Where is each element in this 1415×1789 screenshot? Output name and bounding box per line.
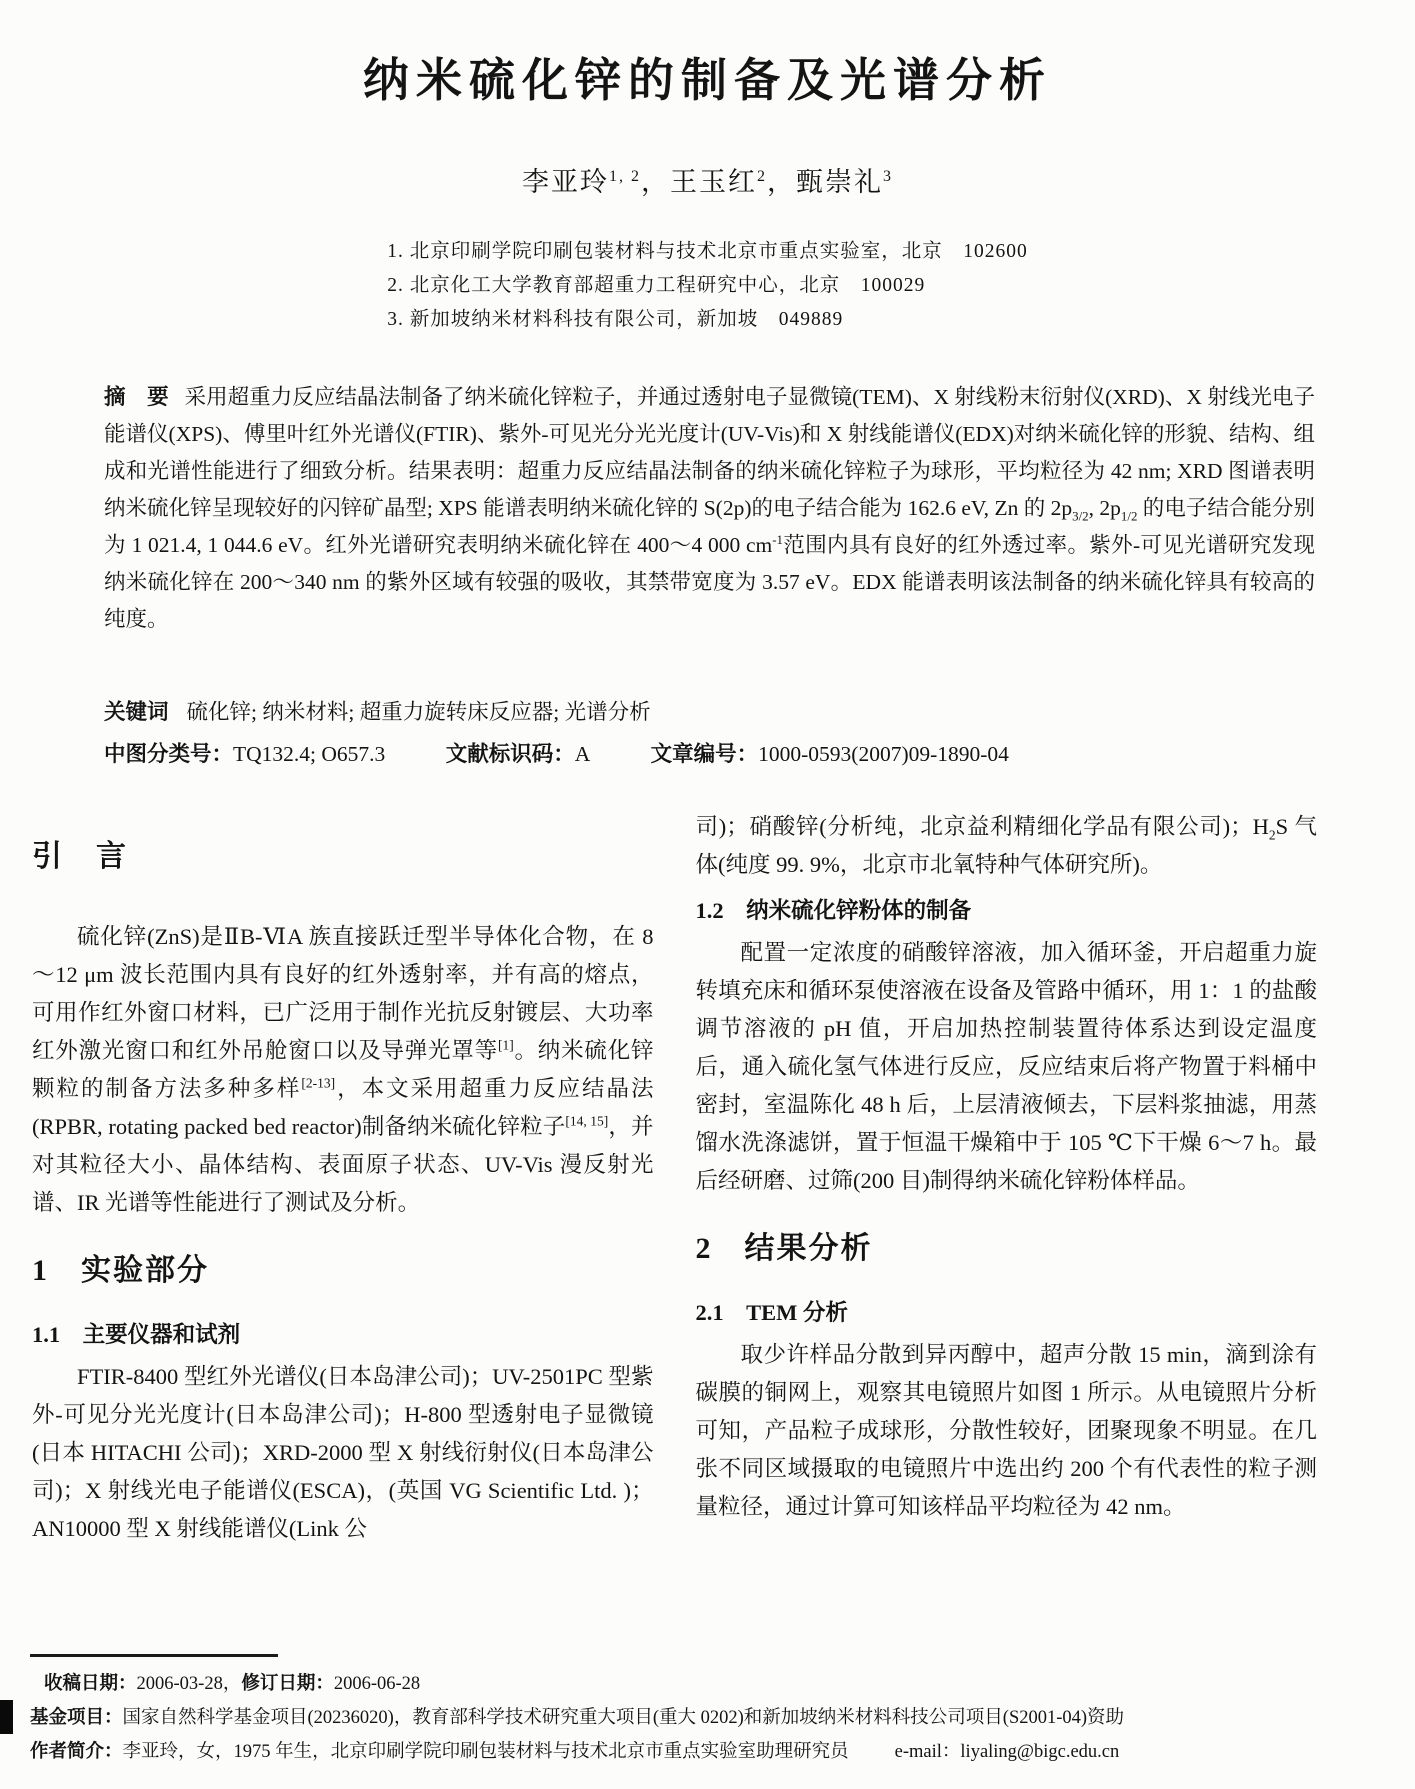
revised-date-value: 2006-06-28 [334, 1674, 420, 1694]
right-column: 司)；硝酸锌(分析纯，北京益利精细化学品有限公司)；H2S 气体(纯度 99. … [696, 808, 1318, 1548]
received-date-value: 2006-03-28， [137, 1674, 242, 1694]
revised-date-label: 修订日期： [241, 1674, 334, 1694]
author-bio-line: 作者简介：李亚玲，女，1975 年生，北京印刷学院印刷包装材料与技术北京市重点实… [30, 1735, 1395, 1769]
article-id-value: 1000-0593(2007)09-1890-04 [758, 742, 1009, 766]
article-id: 文章编号：1000-0593(2007)09-1890-04 [651, 742, 1009, 766]
paper-page: 纳米硫化锌的制备及光谱分析 李亚玲1, 2，王玉红2，甄崇礼3 1. 北京印刷学… [0, 0, 1415, 1789]
article-id-label: 文章编号： [651, 742, 759, 766]
author-email: e-mail：liyaling@bigc.edu.cn [895, 1742, 1120, 1762]
authors-line: 李亚玲1, 2，王玉红2，甄崇礼3 [0, 160, 1415, 199]
document-code-value: A [575, 742, 591, 766]
abstract-label: 摘 要 [104, 385, 169, 409]
clc-label: 中图分类号： [104, 742, 233, 766]
author-bio-label: 作者简介： [30, 1742, 123, 1762]
two-column-body: 引 言 硫化锌(ZnS)是ⅡB-ⅥA 族直接跃迁型半导体化合物，在 8～12 μ… [32, 808, 1317, 1548]
footnote-divider [30, 1654, 278, 1657]
keywords-text: 硫化锌; 纳米材料; 超重力旋转床反应器; 光谱分析 [187, 700, 651, 724]
funding-value: 国家自然科学基金项目(20236020)，教育部科学技术研究重大项目(重大 02… [123, 1708, 1125, 1728]
tem-analysis-paragraph: 取少许样品分散到异丙醇中，超声分散 15 min，滴到涂有碳膜的铜网上，观察其电… [696, 1336, 1318, 1526]
section2-1-heading: 2.1 TEM 分析 [696, 1294, 1318, 1332]
abstract-body: 采用超重力反应结晶法制备了纳米硫化锌粒子，并通过透射电子显微镜(TEM)、X 射… [104, 385, 1315, 631]
section1-1-heading: 1.1 主要仪器和试剂 [32, 1316, 654, 1354]
preparation-paragraph: 配置一定浓度的硝酸锌溶液，加入循环釜，开启超重力旋转填充床和循环泵使溶液在设备及… [696, 934, 1318, 1200]
scan-artifact [0, 1700, 13, 1734]
affiliation-3: 3. 新加坡纳米材料科技有限公司，新加坡 049889 [387, 303, 1028, 337]
instruments-paragraph: FTIR-8400 型红外光谱仪(日本岛津公司)；UV-2501PC 型紫外-可… [32, 1358, 654, 1548]
clc-number: 中图分类号：TQ132.4; O657.3 [104, 742, 385, 766]
received-date-label: 收稿日期： [44, 1674, 137, 1694]
funding-line: 基金项目：国家自然科学基金项目(20236020)，教育部科学技术研究重大项目(… [30, 1701, 1395, 1735]
dates-line: 收稿日期：2006-03-28，修订日期：2006-06-28 [30, 1667, 1395, 1701]
paper-title: 纳米硫化锌的制备及光谱分析 [0, 0, 1415, 110]
instruments-paragraph-continued: 司)；硝酸锌(分析纯，北京益利精细化学品有限公司)；H2S 气体(纯度 99. … [696, 808, 1318, 884]
intro-paragraph: 硫化锌(ZnS)是ⅡB-ⅥA 族直接跃迁型半导体化合物，在 8～12 μm 波长… [32, 918, 654, 1222]
section1-heading: 1 实验部分 [32, 1252, 654, 1290]
keywords-line: 关键词硫化锌; 纳米材料; 超重力旋转床反应器; 光谱分析 [104, 692, 1315, 732]
meta-line: 中图分类号：TQ132.4; O657.3 文献标识码：A 文章编号：1000-… [104, 734, 1355, 774]
left-column: 引 言 硫化锌(ZnS)是ⅡB-ⅥA 族直接跃迁型半导体化合物，在 8～12 μ… [32, 808, 654, 1548]
keywords-label: 关键词 [104, 700, 169, 724]
affiliation-1: 1. 北京印刷学院印刷包装材料与技术北京市重点实验室，北京 102600 [387, 235, 1028, 269]
document-code-label: 文献标识码： [446, 742, 575, 766]
section1-2-heading: 1.2 纳米硫化锌粉体的制备 [696, 892, 1318, 930]
author-bio-value: 李亚玲，女，1975 年生，北京印刷学院印刷包装材料与技术北京市重点实验室助理研… [123, 1742, 849, 1762]
abstract: 摘 要采用超重力反应结晶法制备了纳米硫化锌粒子，并通过透射电子显微镜(TEM)、… [104, 379, 1315, 638]
clc-value: TQ132.4; O657.3 [233, 742, 385, 766]
funding-label: 基金项目： [30, 1708, 123, 1728]
section2-heading: 2 结果分析 [696, 1230, 1318, 1268]
footnote-block: 收稿日期：2006-03-28，修订日期：2006-06-28 基金项目：国家自… [30, 1654, 1395, 1769]
affiliations: 1. 北京印刷学院印刷包装材料与技术北京市重点实验室，北京 102600 2. … [387, 235, 1028, 337]
intro-heading: 引 言 [32, 838, 654, 876]
affiliation-2: 2. 北京化工大学教育部超重力工程研究中心，北京 100029 [387, 269, 1028, 303]
document-code: 文献标识码：A [446, 742, 591, 766]
